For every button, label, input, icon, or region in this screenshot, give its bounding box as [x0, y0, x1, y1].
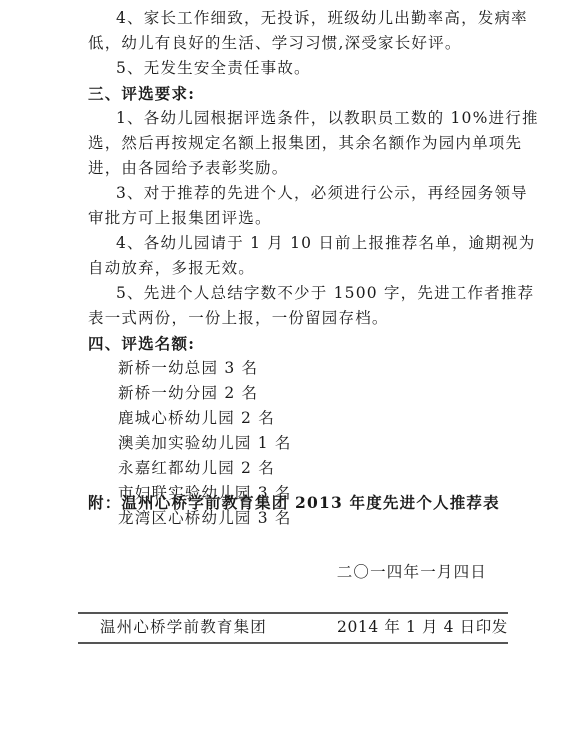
section-3-heading: 三、评选要求: [88, 81, 508, 106]
quota-item: 永嘉红都幼儿园 2 名 [118, 456, 538, 481]
requirement-4-line-2: 自动放弃，多报无效。 [88, 256, 508, 281]
requirement-5-line-1: 5、先进个人总结字数不少于 1500 字，先进工作者推荐 [116, 281, 536, 306]
criterion-5: 5、无发生安全责任事故。 [116, 56, 536, 81]
requirement-1-line-2: 选，然后再按规定名额上报集团，其余名额作为园内单项先 [88, 131, 508, 156]
requirement-1-line-1: 1、各幼儿园根据评选条件，以教职员工数的 10%进行推 [116, 106, 536, 131]
attachment-note: 附：温州心桥学前教育集团 2013 年度先进个人推荐表 [88, 490, 508, 515]
quota-item: 澳美加实验幼儿园 1 名 [118, 431, 538, 456]
footer-issued-date: 2014 年 1 月 4 日印发 [337, 616, 508, 638]
section-4-heading: 四、评选名额: [88, 331, 508, 356]
requirement-5-line-2: 表一式两份，一份上报，一份留园存档。 [88, 306, 508, 331]
requirement-3-line-2: 审批方可上报集团评选。 [88, 206, 508, 231]
document-date: 二〇一四年一月四日 [337, 560, 487, 585]
quota-item: 鹿城心桥幼儿园 2 名 [118, 406, 538, 431]
requirement-4-line-1: 4、各幼儿园请于 1 月 10 日前上报推荐名单，逾期视为 [116, 231, 536, 256]
requirement-3-line-1: 3、对于推荐的先进个人，必须进行公示，再经园务领导 [116, 181, 536, 206]
requirement-1-line-3: 进，由各园给予表彰奖励。 [88, 156, 508, 181]
criterion-4-line-2: 低，幼儿有良好的生活、学习习惯,深受家长好评。 [88, 31, 508, 56]
quota-item: 新桥一幼分园 2 名 [118, 381, 538, 406]
criterion-4-line-1: 4、家长工作细致，无投诉，班级幼儿出勤率高，发病率 [116, 6, 536, 31]
document-page: 4、家长工作细致，无投诉，班级幼儿出勤率高，发病率 低，幼儿有良好的生活、学习习… [0, 0, 579, 729]
quota-item: 新桥一幼总园 3 名 [118, 356, 538, 381]
footer-bottom-rule [78, 642, 508, 644]
footer-top-rule [78, 612, 508, 614]
footer-issuer: 温州心桥学前教育集团 [100, 616, 267, 638]
